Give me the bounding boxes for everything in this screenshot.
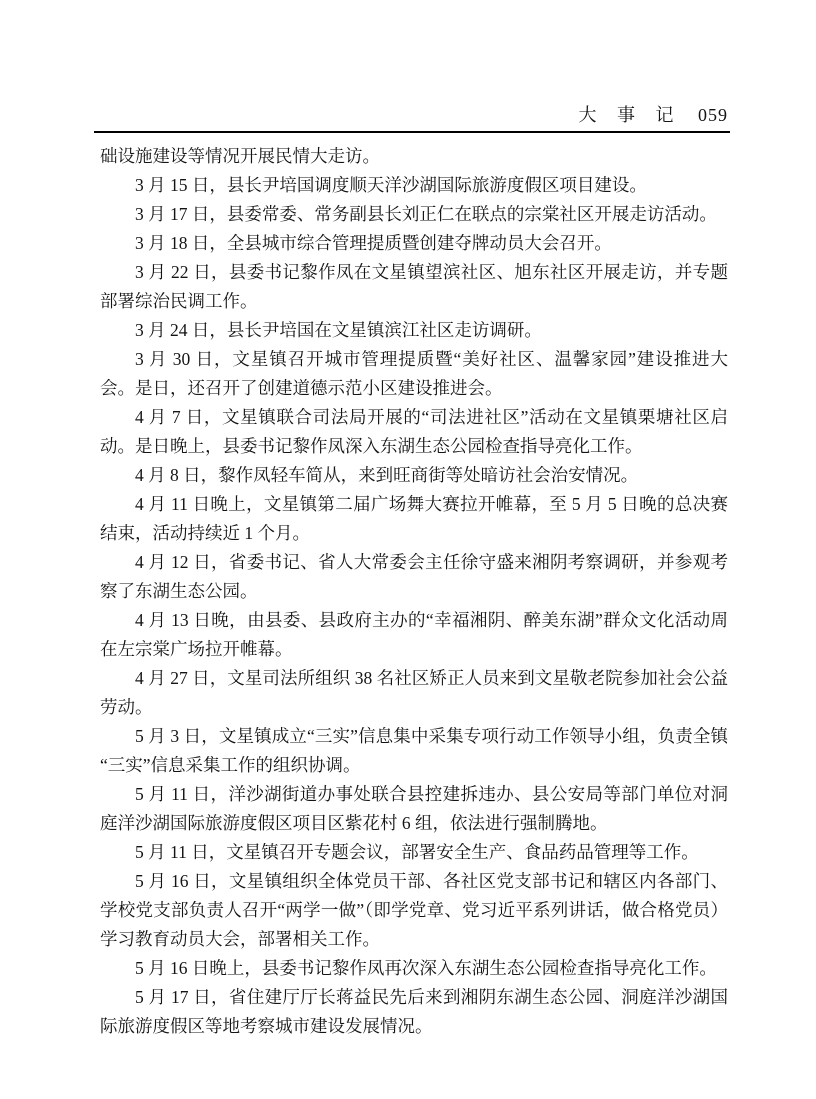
chronicle-paragraph: 4 月 12 日，省委书记、省人大常委会主任徐守盛来湘阴考察调研，并参观考察了东… [100, 548, 728, 606]
page-header: 大 事 记 059 [94, 104, 730, 133]
chronicle-paragraph: 4 月 27 日，文星司法所组织 38 名社区矫正人员来到文星敬老院参加社会公益… [100, 664, 728, 722]
chronicle-paragraph: 3 月 24 日，县长尹培国在文星镇滨江社区走访调研。 [100, 316, 728, 345]
chronicle-paragraph: 3 月 18 日，全县城市综合管理提质暨创建夺牌动员大会召开。 [100, 229, 728, 258]
chronicle-paragraph: 4 月 13 日晚，由县委、县政府主办的“幸福湘阴、醉美东湖”群众文化活动周在左… [100, 606, 728, 664]
book-page: 大 事 记 059 础设施建设等情况开展民情大走访。3 月 15 日，县长尹培国… [0, 0, 816, 1099]
chronicle-content: 础设施建设等情况开展民情大走访。3 月 15 日，县长尹培国调度顺天洋沙湖国际旅… [94, 142, 728, 1041]
chronicle-paragraph: 3 月 30 日，文星镇召开城市管理提质暨“美好社区、温馨家园”建设推进大会。是… [100, 345, 728, 403]
chronicle-paragraph: 础设施建设等情况开展民情大走访。 [100, 142, 728, 171]
running-head-title: 大 事 记 [579, 105, 675, 125]
chronicle-paragraph: 5 月 11 日，文星镇召开专题会议，部署安全生产、食品药品管理等工作。 [100, 838, 728, 867]
chronicle-paragraph: 5 月 17 日，省住建厅厅长蒋益民先后来到湘阴东湖生态公园、洞庭洋沙湖国际旅游… [100, 983, 728, 1041]
chronicle-paragraph: 3 月 15 日，县长尹培国调度顺天洋沙湖国际旅游度假区项目建设。 [100, 171, 728, 200]
chronicle-paragraph: 4 月 7 日，文星镇联合司法局开展的“司法进社区”活动在文星镇栗塘社区启动。是… [100, 403, 728, 461]
type-area: 大 事 记 059 础设施建设等情况开展民情大走访。3 月 15 日，县长尹培国… [94, 104, 730, 1041]
chronicle-paragraph: 5 月 16 日晚上，县委书记黎作凤再次深入东湖生态公园检查指导亮化工作。 [100, 954, 728, 983]
chronicle-paragraph: 5 月 16 日，文星镇组织全体党员干部、各社区党支部书记和辖区内各部门、学校党… [100, 867, 728, 954]
chronicle-paragraph: 5 月 3 日，文星镇成立“三实”信息集中采集专项行动工作领导小组，负责全镇“三… [100, 722, 728, 780]
chronicle-paragraph: 3 月 22 日，县委书记黎作凤在文星镇望滨社区、旭东社区开展走访，并专题部署综… [100, 258, 728, 316]
chronicle-paragraph: 5 月 11 日，洋沙湖街道办事处联合县控建拆违办、县公安局等部门单位对洞庭洋沙… [100, 780, 728, 838]
chronicle-paragraph: 4 月 11 日晚上，文星镇第二届广场舞大赛拉开帷幕，至 5 月 5 日晚的总决… [100, 490, 728, 548]
chronicle-paragraph: 4 月 8 日，黎作凤轻车简从，来到旺商街等处暗访社会治安情况。 [100, 461, 728, 490]
chronicle-paragraph: 3 月 17 日，县委常委、常务副县长刘正仁在联点的宗棠社区开展走访活动。 [100, 200, 728, 229]
page-number: 059 [698, 105, 728, 125]
